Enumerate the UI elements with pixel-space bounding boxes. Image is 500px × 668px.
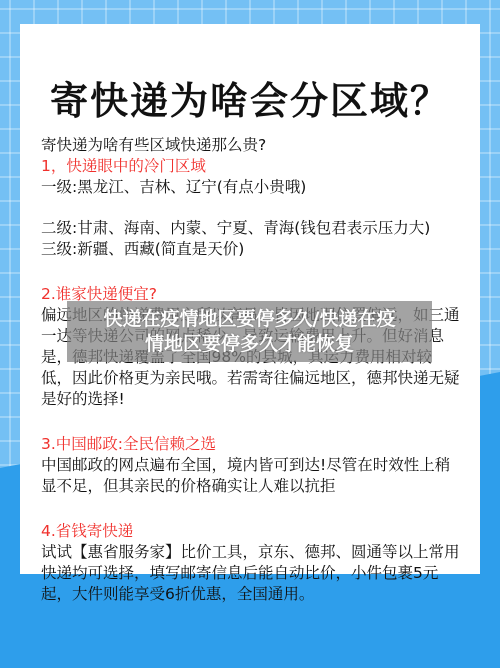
section1-level2: 二级:甘肃、海南、内蒙、宁夏、青海(钱包君表示压力大) bbox=[41, 218, 461, 239]
spacer bbox=[41, 260, 461, 284]
caption-overlay: 快递在疫情地区要停多久/快递在疫 情地区要停多久才能恢复 bbox=[67, 301, 432, 362]
spacer bbox=[41, 198, 461, 218]
section4-heading: 4.省钱寄快递 bbox=[41, 521, 461, 542]
section1-level1: 一级:黑龙江、吉林、辽宁(有点小贵哦) bbox=[41, 177, 461, 198]
section3-body: 中国邮政的网点遍布全国，境内皆可到达!尽管在时效性上稍显不足，但其亲民的价格确实… bbox=[41, 455, 461, 497]
overlay-line-1: 快递在疫情地区要停多久/快递在疫 bbox=[67, 307, 432, 332]
section1-level3: 三级:新疆、西藏(简直是天价) bbox=[41, 239, 461, 260]
section4-body: 试试【惠省服务家】比价工具，京东、德邦、圆通等以上常用快递均可选择，填写邮寄信息… bbox=[41, 542, 461, 605]
spacer bbox=[41, 410, 461, 434]
content-card: 寄快递为啥会分区域？ 寄快递为啥有些区域快递那么贵? 1，快递眼中的冷门区域 一… bbox=[20, 24, 480, 574]
page-title: 寄快递为啥会分区域？ bbox=[20, 70, 480, 125]
spacer bbox=[41, 497, 461, 521]
overlay-line-2: 情地区要停多久才能恢复 bbox=[67, 332, 432, 357]
section3-heading: 3.中国邮政:全民信赖之选 bbox=[41, 434, 461, 455]
article-body: 寄快递为啥有些区域快递那么贵? 1，快递眼中的冷门区域 一级:黑龙江、吉林、辽宁… bbox=[41, 135, 461, 605]
intro-question: 寄快递为啥有些区域快递那么贵? bbox=[41, 135, 461, 156]
section1-heading: 1，快递眼中的冷门区域 bbox=[41, 156, 461, 177]
